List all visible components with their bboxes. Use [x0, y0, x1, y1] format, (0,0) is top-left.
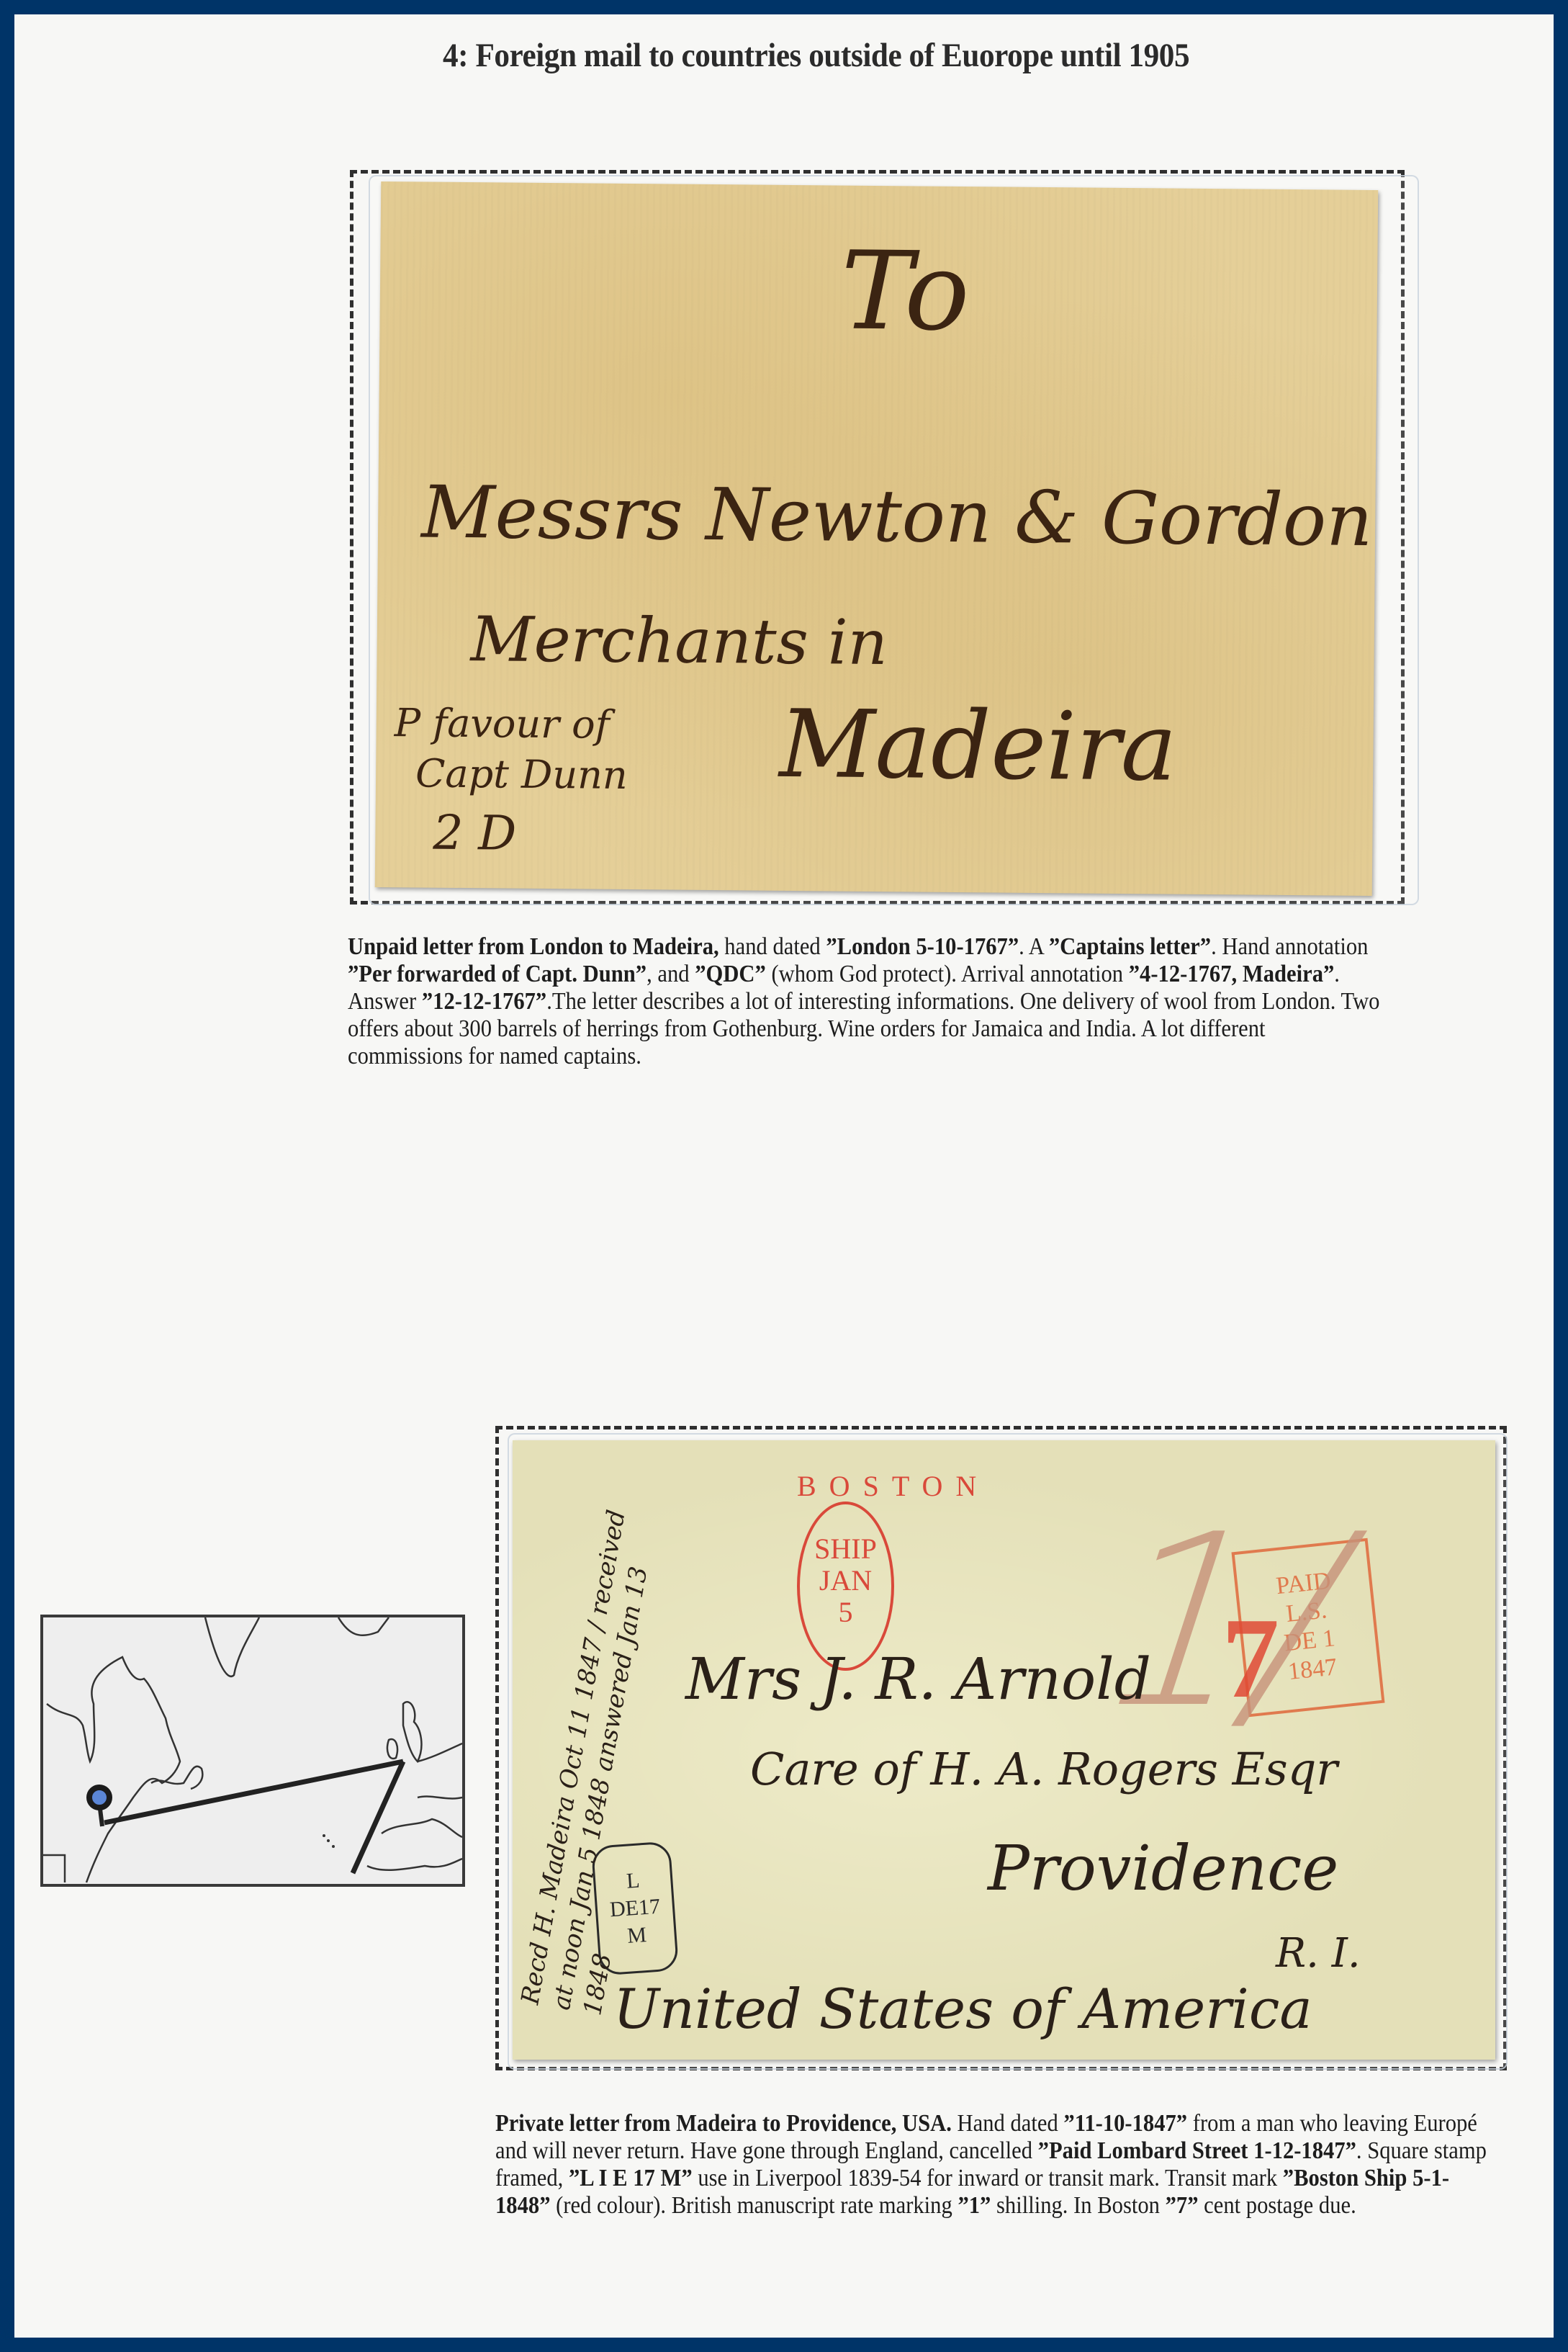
boston-stamp-day: 5: [800, 1597, 891, 1628]
caption-highlight: Private letter from Madeira to Providenc…: [495, 2110, 952, 2137]
route-map: [40, 1615, 465, 1887]
caption-highlight: ”12-12-1767”: [422, 988, 546, 1015]
caption-highlight: ”London 5-10-1767”: [826, 933, 1019, 960]
north-america-outline: [47, 1657, 180, 1882]
caption-highlight: ”Paid Lombard Street 1-12-1847”: [1038, 2137, 1356, 2164]
caption-text: , and: [646, 961, 695, 987]
caption-highlight: ”1”: [958, 2192, 991, 2219]
location-marker-icon: [89, 1787, 109, 1808]
cover2-state: R. I.: [1276, 1930, 1361, 1977]
caption-highlight: ”4-12-1767, Madeira”: [1129, 961, 1335, 987]
cover2-city: Providence: [988, 1833, 1338, 1905]
exhibit1-cover-image: To Messrs Newton & Gordon Merchants in P…: [375, 181, 1378, 896]
exhibit2-caption: Private letter from Madeira to Providenc…: [495, 2110, 1493, 2219]
cover1-destination: Madeira: [779, 689, 1177, 802]
britain-outline: [403, 1702, 421, 1761]
cover2-care-of: Care of H. A. Rogers Esqr: [750, 1743, 1338, 1795]
map-outline: [43, 1617, 462, 1884]
caption-text: . A: [1019, 933, 1049, 960]
cover1-captain: Capt Dunn: [415, 750, 628, 798]
caption-text: (red colour). British manuscript rate ma…: [551, 2192, 958, 2219]
caption-text: cent postage due.: [1199, 2192, 1356, 2219]
caption-highlight: Unpaid letter from London to Madeira,: [348, 933, 719, 960]
boston-stamp-arc-text: BOSTON: [797, 1469, 989, 1503]
boston-stamp-month: JAN: [800, 1565, 891, 1597]
caption-highlight: ”Captains letter”: [1049, 933, 1211, 960]
exhibit2-cover-image: SHIP JAN 5 BOSTON PAID L.S. DE 1 1847 7 …: [513, 1440, 1495, 2060]
cover1-per-favour: P favour of: [394, 700, 609, 748]
caption-text: use in Liverpool 1839-54 for inward or t…: [693, 2165, 1283, 2191]
caption-text: hand dated: [719, 933, 826, 960]
caption-highlight: ”Per forwarded of Capt. Dunn”: [348, 961, 646, 987]
cover2-addressee: Mrs J. R. Arnold: [685, 1646, 1151, 1713]
caption-highlight: ”L I E 17 M”: [569, 2165, 693, 2191]
exhibit1-caption: Unpaid letter from London to Madeira, ha…: [348, 933, 1384, 1070]
caption-highlight: ”7”: [1166, 2192, 1199, 2219]
greenland-outline: [205, 1617, 259, 1677]
caption-highlight: ”QDC”: [695, 961, 766, 987]
caption-text: shilling. In Boston: [991, 2192, 1165, 2219]
caption-text: (whom God protect). Arrival annotation: [766, 961, 1129, 987]
caption-text: . Hand annotation: [1211, 933, 1368, 960]
cover1-addressee: Messrs Newton & Gordon: [421, 470, 1373, 562]
cover2-country: United States of America: [613, 1977, 1312, 2041]
route-line-england-madeira: [353, 1761, 403, 1873]
route-line-usa-england: [104, 1761, 403, 1823]
page-title: 4: Foreign mail to countries outside of …: [443, 36, 1304, 75]
cover1-to: To: [840, 229, 970, 356]
cover1-merchants: Merchants in: [470, 603, 888, 679]
rate-marking-1-shilling: 1/: [1065, 1484, 1387, 1760]
caption-highlight: ”11-10-1847”: [1063, 2110, 1187, 2137]
cover1-rate: 2 D: [433, 805, 517, 861]
boston-stamp-ship: SHIP: [800, 1533, 891, 1565]
ireland-outline: [387, 1739, 397, 1759]
caption-text: Hand dated: [952, 2110, 1064, 2137]
